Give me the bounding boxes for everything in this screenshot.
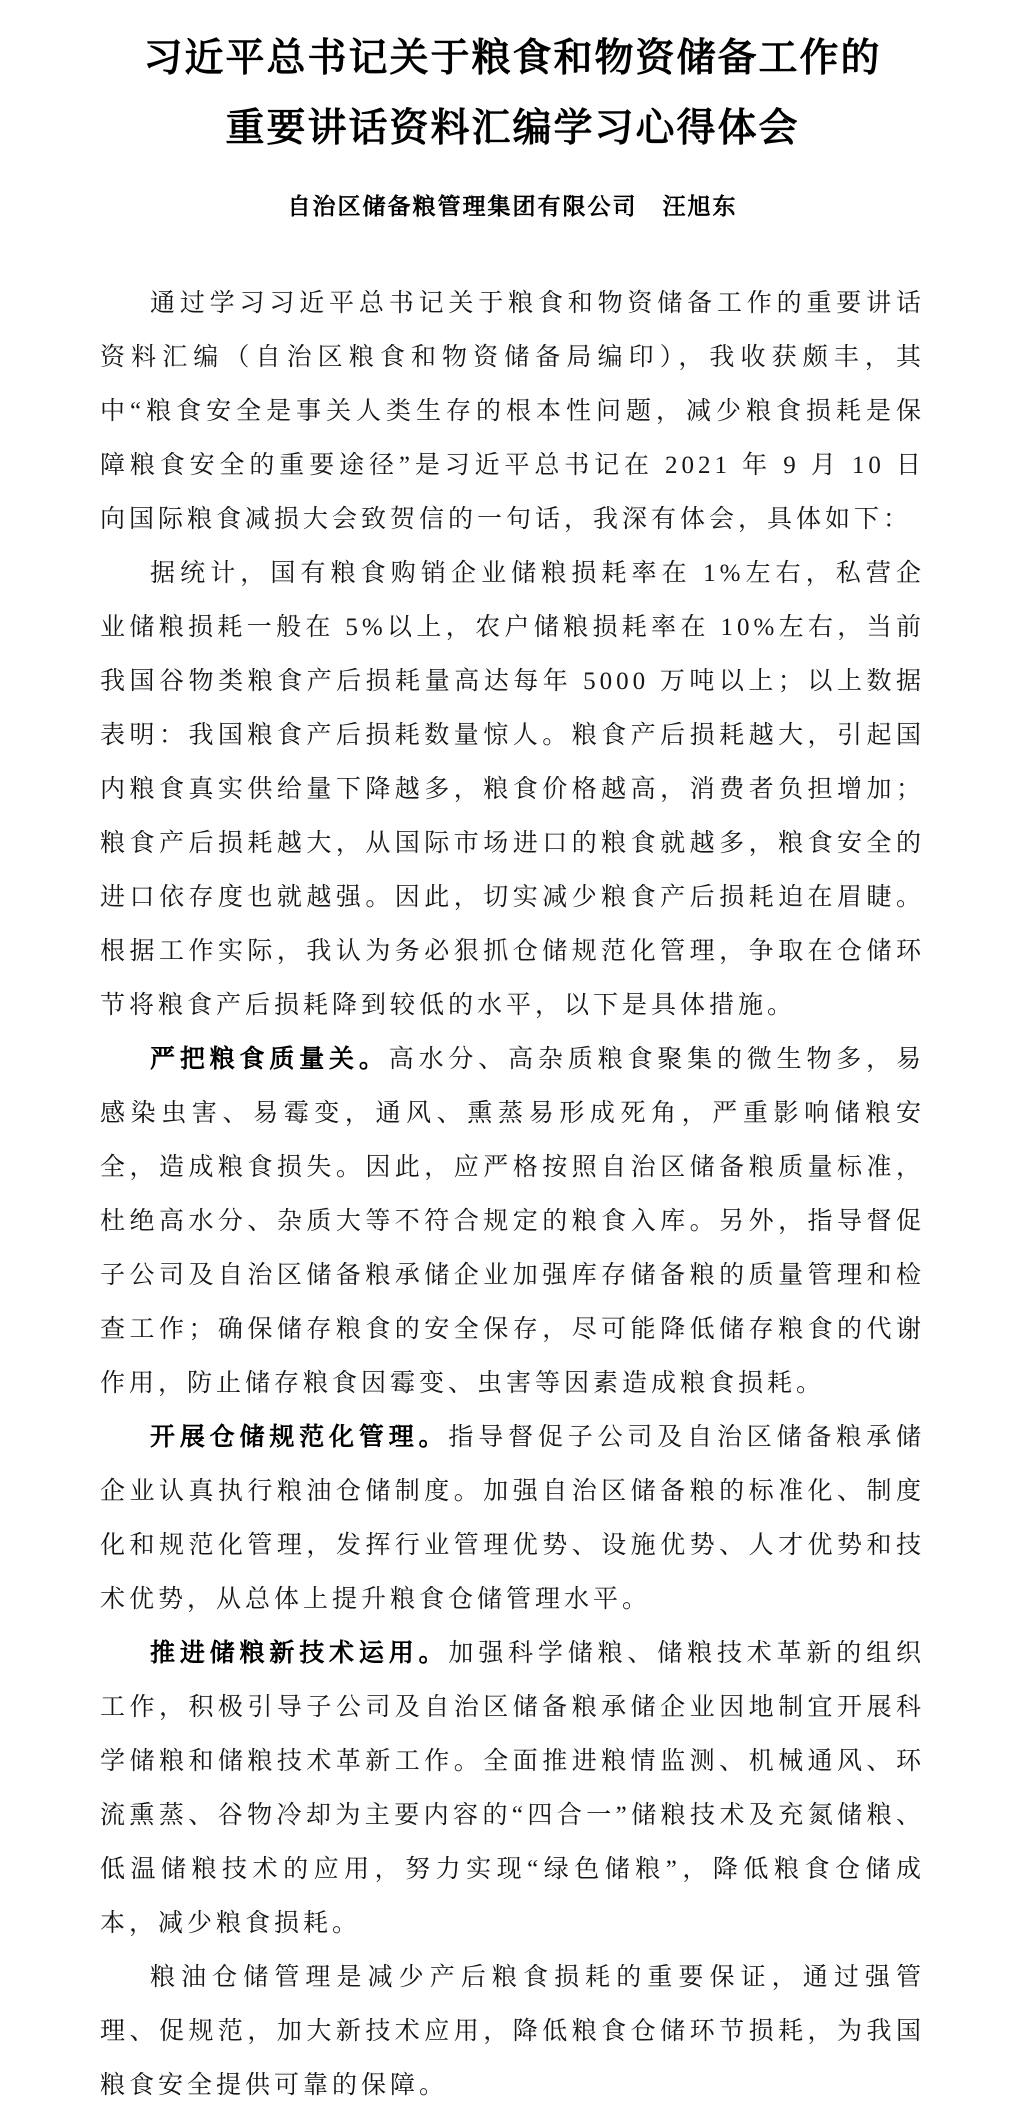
body-paragraph-2: 据统计，国有粮食购销企业储粮损耗率在 1%左右，私营企业储粮损耗一般在 5%以上… (100, 547, 925, 1033)
paragraph-3-text: 高水分、高杂质粮食聚集的微生物多，易感染虫害、易霉变，通风、熏蒸易形成死角，严重… (100, 1046, 925, 1397)
document-title-line-2: 重要讲话资料汇编学习心得体会 (100, 94, 925, 164)
body-paragraph-5: 推进储粮新技术运用。加强科学储粮、储粮技术革新的组织工作，积极引导子公司及自治区… (100, 1627, 925, 1951)
body-paragraph-1: 通过学习习近平总书记关于粮食和物资储备工作的重要讲话资料汇编（自治区粮食和物资储… (100, 277, 925, 547)
body-paragraph-3: 严把粮食质量关。高水分、高杂质粮食聚集的微生物多，易感染虫害、易霉变，通风、熏蒸… (100, 1033, 925, 1411)
document-page: 习近平总书记关于粮食和物资储备工作的 重要讲话资料汇编学习心得体会 自治区储备粮… (0, 0, 1024, 2112)
paragraph-4-text: 指导督促子公司及自治区储备粮承储企业认真执行粮油仓储制度。加强自治区储备粮的标准… (100, 1424, 925, 1613)
paragraph-4-lead: 开展仓储规范化管理。 (150, 1424, 448, 1451)
document-title: 习近平总书记关于粮食和物资储备工作的 重要讲话资料汇编学习心得体会 (100, 24, 925, 164)
body-paragraph-6: 粮油仓储管理是减少产后粮食损耗的重要保证，通过强管理、促规范，加大新技术应用，降… (100, 1951, 925, 2112)
body-paragraph-4: 开展仓储规范化管理。指导督促子公司及自治区储备粮承储企业认真执行粮油仓储制度。加… (100, 1411, 925, 1627)
document-body: 通过学习习近平总书记关于粮食和物资储备工作的重要讲话资料汇编（自治区粮食和物资储… (100, 277, 925, 2112)
paragraph-5-text: 加强科学储粮、储粮技术革新的组织工作，积极引导子公司及自治区储备粮承储企业因地制… (100, 1640, 925, 1937)
paragraph-3-lead: 严把粮食质量关。 (150, 1046, 389, 1073)
paragraph-5-lead: 推进储粮新技术运用。 (150, 1640, 448, 1667)
paragraph-1-text: 通过学习习近平总书记关于粮食和物资储备工作的重要讲话资料汇编（自治区粮食和物资储… (100, 290, 925, 533)
paragraph-6-text: 粮油仓储管理是减少产后粮食损耗的重要保证，通过强管理、促规范，加大新技术应用，降… (100, 1964, 925, 2099)
paragraph-2-text: 据统计，国有粮食购销企业储粮损耗率在 1%左右，私营企业储粮损耗一般在 5%以上… (100, 560, 925, 1019)
document-title-line-1: 习近平总书记关于粮食和物资储备工作的 (100, 24, 925, 94)
document-byline: 自治区储备粮管理集团有限公司 汪旭东 (100, 188, 925, 221)
